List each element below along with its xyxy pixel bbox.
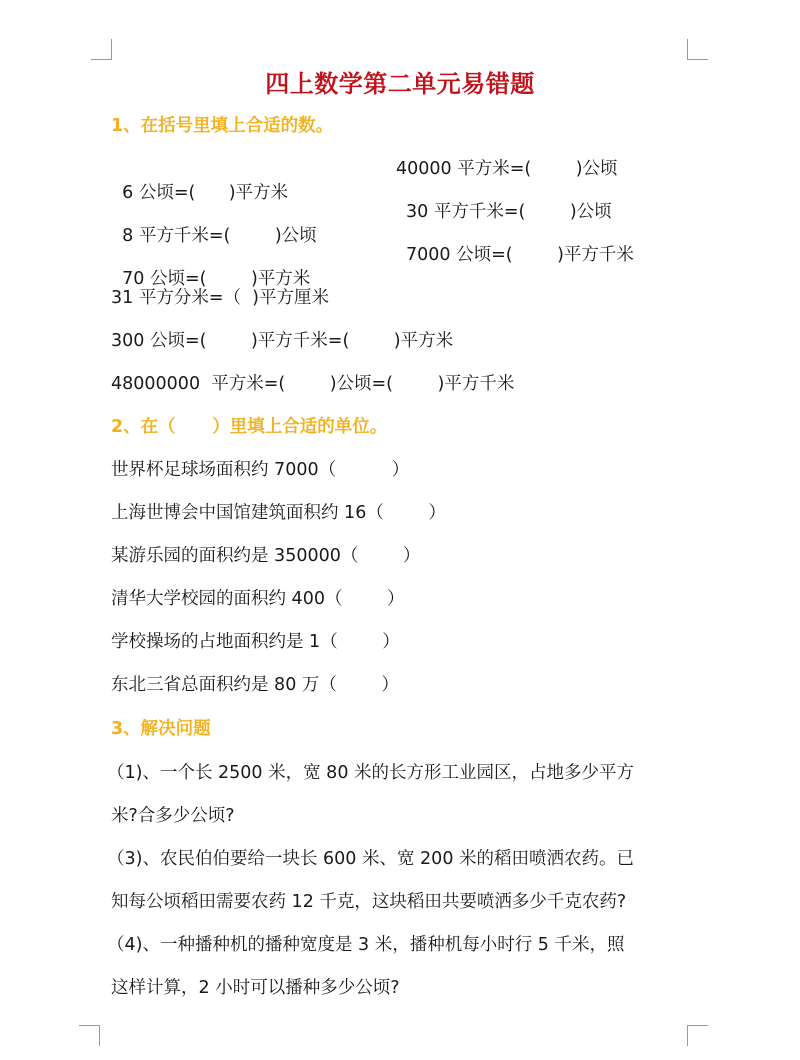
exercise-row: 6 公顷=( )平方米 [111, 157, 288, 205]
exercise-row: 300 公顷=( )平方千米=( )平方米 [111, 329, 453, 353]
exercise-right: 40000 平方米=( )公顷 [396, 157, 618, 181]
unit-item: 世界杯足球场面积约 7000（ ） [111, 458, 409, 482]
unit-item: 上海世博会中国馆建筑面积约 16（ ） [111, 501, 446, 525]
unit-item: 学校操场的占地面积约是 1（ ） [111, 630, 400, 654]
exercise-row: 31 平方分米=（ )平方厘米 [111, 286, 329, 310]
problem-line: 这样计算，2 小时可以播种多少公顷? [111, 976, 399, 1000]
unit-item: 东北三省总面积约是 80 万（ ） [111, 673, 399, 697]
problem-line: （1)、一个长 2500 米，宽 80 米的长方形工业园区，占地多少平方 [107, 761, 634, 785]
document-title: 四上数学第二单元易错题 [0, 64, 800, 99]
exercise-row: 48000000 平方米=( )公顷=( )平方千米 [111, 372, 514, 396]
exercise-row: 8 平方千米=( )公顷 [111, 200, 317, 248]
unit-item: 清华大学校园的面积约 400（ ） [111, 587, 404, 611]
section-3-heading: 3、解决问题 [111, 717, 211, 741]
problem-line: 知每公顷稻田需要农药 12 千克，这块稻田共要喷洒多少千克农药? [111, 890, 626, 914]
section-2-heading: 2、在（ ）里填上合适的单位。 [111, 415, 387, 439]
problem-line: （4)、一种播种机的播种宽度是 3 米，播种机每小时行 5 千米，照 [107, 933, 624, 957]
page-corner-mark-bottom-left [79, 1025, 100, 1046]
section-1-heading: 1、在括号里填上合适的数。 [111, 114, 333, 138]
unit-item: 某游乐园的面积约是 350000（ ） [111, 544, 420, 568]
exercise-right: 30 平方千米=( )公顷 [406, 200, 612, 224]
problem-line: 米?合多少公顷? [111, 804, 235, 828]
exercise-right: 7000 公顷=( )平方千米 [406, 243, 634, 267]
page-corner-mark-top-left [91, 39, 112, 60]
page-corner-mark-top-right [687, 39, 708, 60]
exercise-row: 70 公顷=( )平方米 [111, 243, 310, 291]
problem-line: （3)、农民伯伯要给一块长 600 米、宽 200 米的稻田喷洒农药。已 [107, 847, 634, 871]
page-corner-mark-bottom-right [687, 1025, 708, 1046]
